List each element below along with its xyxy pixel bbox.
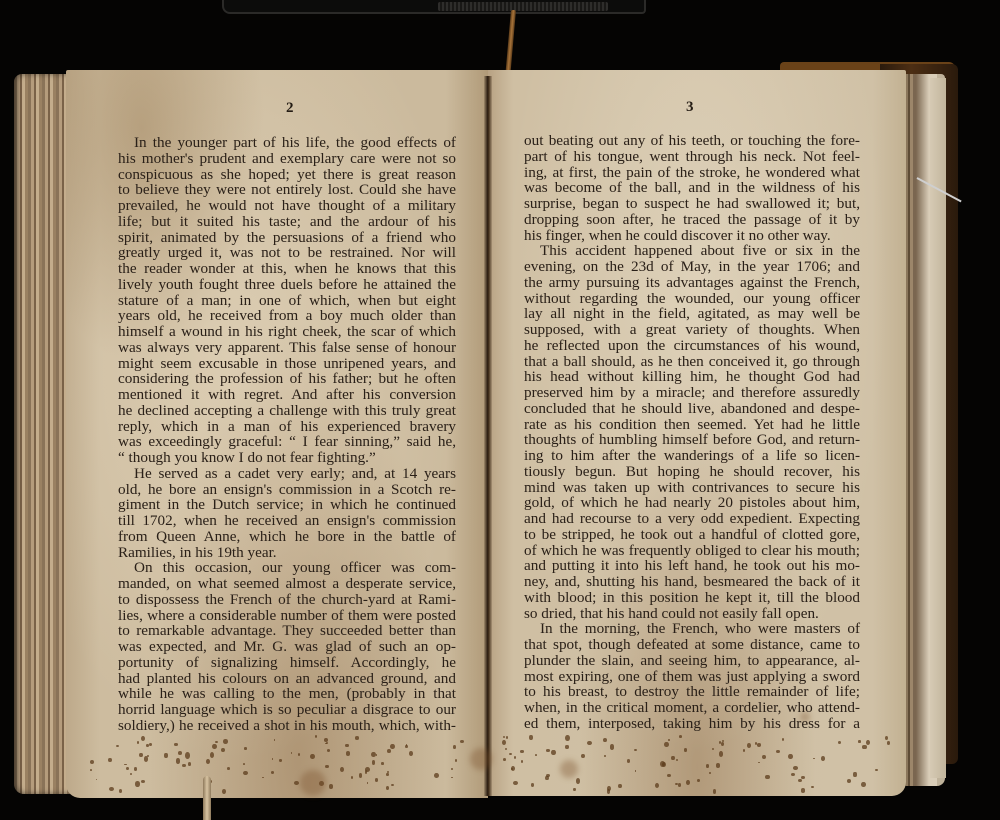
text-line: his head without killing him, he thought… [524, 369, 860, 385]
foxing-spot [206, 759, 210, 764]
foxing-spot [141, 780, 145, 783]
foxing-spot [453, 745, 456, 748]
text-line: rate as his condition then seemed. Yet h… [524, 417, 860, 433]
foxing-spot [529, 735, 533, 739]
text-line: gold, of which he had nearly 20 pistoles… [524, 495, 860, 511]
foxing-spot [686, 780, 690, 785]
text-line: old, he bore an ensign's commission in a… [118, 482, 456, 498]
text-line: part of his tongue, went through his nec… [524, 149, 860, 165]
text-line: to his breast, to destroy the little rem… [524, 684, 860, 700]
foxing-spot [520, 750, 523, 753]
foxing-spot [460, 740, 464, 744]
foxing-spot [164, 753, 167, 757]
foxing-spot [381, 762, 383, 765]
foxing-spot [329, 784, 334, 789]
text-line: without regarding the wounded, our young… [524, 291, 860, 307]
foxing-spot [409, 751, 413, 755]
text-line: and putting it into his left hand, he to… [524, 558, 860, 574]
ribbon-marker [203, 776, 211, 820]
foxing-spot [801, 788, 806, 792]
text-line: soldiery,) he received a shot in his mou… [118, 718, 456, 734]
text-line: out beating out any of his teeth, or tou… [524, 133, 860, 149]
text-line: thoughts of humbling himself before God,… [524, 432, 860, 448]
foxing-spot [149, 743, 152, 746]
foxing-spot [610, 744, 615, 749]
foxing-spot [793, 766, 798, 770]
foxing-spot [573, 788, 575, 791]
foxing-spot [327, 749, 330, 752]
text-line: till 1702, when he received an ensign's … [118, 513, 456, 529]
text-line: himself a wound in his right cheek, the … [118, 324, 456, 340]
text-line: ing, at first, the pain of the stroke, h… [524, 165, 860, 181]
text-line: plunder the slain, and seeing him, to ap… [524, 653, 860, 669]
foxing-spot [141, 736, 145, 741]
text-line: the reader wonder at this, when he knows… [118, 261, 456, 277]
text-line: while he was calling to the men, (probab… [118, 686, 456, 702]
text-line: He served as a cadet very early; and, at… [118, 466, 456, 482]
foxing-spot [716, 763, 720, 767]
text-line: his mother's prudent and exemplary care … [118, 151, 456, 167]
page-edges-left [14, 74, 70, 794]
text-line: ed them, interposed, taking him by his d… [524, 716, 860, 732]
text-line: lies, where a considerable number of the… [118, 608, 456, 624]
text-line: with blood; in this position he kept it,… [524, 590, 860, 606]
text-line: to remarkable advantage. They succeeded … [118, 623, 456, 639]
foxing-spot [535, 754, 537, 756]
foxing-spot [801, 776, 805, 779]
foxing-spot [298, 753, 300, 756]
foxing-spot [434, 773, 439, 778]
foxing-spot [684, 748, 688, 752]
foxing-spot [147, 755, 149, 757]
foxing-spot [607, 789, 610, 793]
text-line: was become of the ball, and in the wildn… [524, 180, 860, 196]
page-edges-right-flyleaf [930, 78, 946, 778]
text-line: stature of a man; in one of which, when … [118, 293, 456, 309]
foxing-spot [565, 745, 568, 748]
foxing-spot [506, 736, 508, 739]
text-line: ing to him after the wanderings of a lif… [524, 448, 860, 464]
text-line: to dispossess the French of the church-y… [118, 592, 456, 608]
foxing-spot [853, 772, 856, 776]
foxing-spot [137, 741, 139, 743]
text-line: was always very apparent. This false sen… [118, 340, 456, 356]
text-line: he declined accepting a challenge with t… [118, 403, 456, 419]
foxing-spot [325, 765, 328, 768]
foxing-spot [743, 749, 745, 752]
foxing-spot [887, 741, 890, 744]
clamp-grip [438, 2, 608, 11]
text-line: greatly urged it, was not to be restrain… [118, 245, 456, 261]
text-line: preserved him by a miracle; and therefor… [524, 385, 860, 401]
foxing-spot [545, 776, 548, 780]
foxing-spot [90, 760, 94, 764]
text-line: from Queen Anne, which he bore in the ba… [118, 529, 456, 545]
text-line: of which he was frequently obliged to cl… [524, 543, 860, 559]
foxing-spot [130, 773, 132, 775]
text-line: surprise, began to suspect he had swallo… [524, 196, 860, 212]
foxing-spot [405, 745, 408, 748]
foxing-spot [185, 752, 190, 758]
foxing-spot [862, 745, 866, 748]
text-line: had planted his colours on an advanced g… [118, 671, 456, 687]
foxing-spot [386, 786, 389, 790]
text-line: On this occasion, our young officer was … [118, 560, 456, 576]
text-line: his finger, when he could discover it no… [524, 228, 860, 244]
book-gutter [484, 76, 492, 796]
text-line: This accident happened about five or six… [524, 243, 860, 259]
foxing-spot [791, 773, 795, 776]
right-page-text: out beating out any of his teeth, or tou… [524, 133, 860, 732]
foxing-spot [451, 768, 453, 770]
text-line: and had recourse to a very odd expedient… [524, 511, 860, 527]
foxing-spot [212, 744, 217, 750]
foxing-spot [655, 783, 659, 788]
foxing-spot [119, 789, 122, 793]
text-line: spirit, animated by the persuasions of a… [118, 230, 456, 246]
text-line: years old, he received from a boy much o… [118, 308, 456, 324]
foxing-spot [222, 789, 226, 794]
text-line: most expiring, one of them was just appl… [524, 669, 860, 685]
foxing-spot [757, 743, 761, 746]
text-line: horrid language which is so peculiar a d… [118, 702, 456, 718]
foxing-spot [109, 787, 114, 791]
foxing-spot [355, 736, 360, 740]
foxing-spot [365, 770, 368, 774]
text-line: portunity of signalizing himself. Accord… [118, 655, 456, 671]
foxing-spot [346, 751, 350, 755]
foxing-spot [721, 742, 724, 746]
text-line: that spot, though defeated at some dista… [524, 637, 860, 653]
text-line: evening, on the 23d of May, in the year … [524, 259, 860, 275]
foxing-spot [565, 735, 569, 741]
foxing-spot [587, 741, 592, 745]
foxing-spot [174, 743, 177, 746]
foxing-spot [455, 759, 457, 761]
foxing-spot [706, 764, 710, 768]
text-line: ney, and, shutting his hand, besmeared t… [524, 574, 860, 590]
foxing-spot [660, 761, 665, 767]
foxing-spot [178, 751, 182, 755]
right-page-number: 3 [686, 99, 694, 116]
foxing-spot [294, 781, 298, 785]
foxing-spot [861, 782, 865, 787]
foxing-spot [227, 767, 230, 770]
text-line: was expected, and Mr. G. was glad of suc… [118, 639, 456, 655]
foxing-spot [798, 779, 802, 782]
text-line: prevailed, he would not have thought of … [118, 198, 456, 214]
foxing-spot [634, 749, 636, 751]
foxing-spot [858, 740, 860, 743]
text-line: so dried, that his hand could not easily… [524, 606, 860, 622]
text-line: life; but it suited his taste; and the a… [118, 214, 456, 230]
text-line: In the younger part of his life, the goo… [118, 135, 456, 151]
bookmark-string [505, 10, 516, 76]
text-line: manded, on what seemed almost a desperat… [118, 576, 456, 592]
foxing-spot [671, 756, 674, 761]
foxing-spot [866, 740, 870, 745]
foxing-spot [627, 759, 630, 762]
text-line: when, in the critical moment, a cordelie… [524, 700, 860, 716]
foxing-spot [310, 754, 315, 759]
text-line: reply, which in a man of his experienced… [118, 419, 456, 435]
foxing-spot [188, 762, 191, 766]
foxing-spot [387, 749, 391, 753]
foxing-spot [551, 750, 555, 756]
water-stain [300, 770, 326, 796]
foxing-spot [390, 744, 394, 749]
foxing-spot [875, 769, 878, 772]
text-line: was exceedingly graceful: “ I fear sinni… [118, 434, 456, 450]
foxing-spot [521, 760, 523, 762]
foxing-spot [182, 764, 185, 767]
foxing-spot [372, 760, 375, 765]
text-line: that a ball should, as he then conceived… [524, 354, 860, 370]
foxing-spot [244, 747, 247, 749]
water-stain [560, 760, 578, 778]
foxing-spot [576, 778, 580, 783]
text-line: considering the profession of his father… [118, 371, 456, 387]
left-page-text: In the younger part of his life, the goo… [118, 135, 456, 734]
photo-stage: 2 3 In the younger part of his life, the… [0, 0, 1000, 820]
text-line: mind was taken up with contrivances to s… [524, 480, 860, 496]
text-line: tiously begun. But hoping he should reco… [524, 464, 860, 480]
left-page-number: 2 [286, 100, 294, 117]
foxing-spot [514, 756, 516, 759]
text-line: supposed, with a great variety of though… [524, 322, 860, 338]
text-line: dropping soon after, he traced the passa… [524, 212, 860, 228]
text-line: giment in the Dutch service; in which he… [118, 497, 456, 513]
foxing-spot [223, 739, 228, 743]
text-line: to believe they were not entirely lost. … [118, 182, 456, 198]
foxing-spot [776, 750, 780, 753]
text-line: he reflected upon the circumstances of h… [524, 338, 860, 354]
foxing-spot [135, 781, 139, 787]
text-line: conspicuous as she hoped; yet there is g… [118, 167, 456, 183]
text-line: the army pursuing its advantages against… [524, 275, 860, 291]
foxing-spot [546, 749, 549, 752]
text-line: mentioned it with regret. And after his … [118, 387, 456, 403]
text-line: concluded that he should live, abandoned… [524, 401, 860, 417]
foxing-spot [386, 773, 388, 776]
text-line: In the morning, the French, who were mas… [524, 621, 860, 637]
foxing-spot [139, 753, 142, 757]
text-line: “ though you know I do not fear fighting… [118, 450, 456, 466]
text-line: might seem excusable in those unripened … [118, 356, 456, 372]
water-stain [470, 748, 492, 770]
text-line: lay all night in the field, agitated, as… [524, 306, 860, 322]
text-line: lively youth fought three duels before h… [118, 277, 456, 293]
foxing-spot [351, 776, 353, 779]
foxing-spot [668, 739, 670, 742]
foxing-spot [782, 738, 785, 741]
text-line: Ramilies, in his 19th year. [118, 545, 456, 561]
foxing-spot [719, 751, 723, 756]
text-line: to be stripped, he took out a handful of… [524, 527, 860, 543]
